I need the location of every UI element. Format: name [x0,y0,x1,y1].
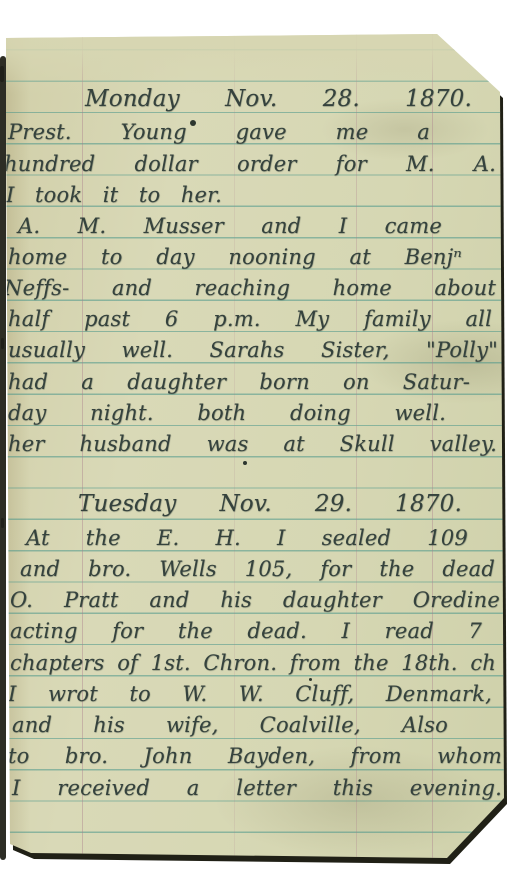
entry-date: Monday Nov. 28. 1870. [85,86,472,113]
journal-line: day night. both doing well. [8,400,446,427]
journal-line: usually well. Sarahs Sister, "Polly" [8,337,498,364]
journal-line: and bro. Wells 105, for the dead [20,556,495,583]
entry-date: Tuesday Nov. 29. 1870. [78,491,462,518]
journal-line: A. M. Musser and I came [18,213,442,240]
binding-nick [0,66,4,82]
journal-line: chapters of 1st. Chron. from the 18th. c… [10,650,496,677]
binding-nick [1,338,4,349]
journal-line: I received a letter this evening. [12,775,502,802]
journal-line: to bro. John Bayden, from whom [8,743,502,770]
journal-line: hundred dollar order for M. A. [4,151,496,178]
journal-line: and his wife, Coalville, Also [12,712,448,739]
journal-line: half past 6 p.m. My family all [8,306,492,333]
ink-blot [309,678,312,681]
journal-page: Monday Nov. 28. 1870. Prest. Young gave … [4,30,505,860]
scanned-journal-photo: Monday Nov. 28. 1870. Prest. Young gave … [0,0,524,893]
ink-blot [243,461,247,465]
journal-line: acting for the dead. I read 7 [10,618,482,645]
binding-nick [1,518,4,528]
journal-line: I took it to her. [6,182,222,209]
journal-line: I wrot to W. W. Cluff, Denmark, [8,681,492,708]
page-top-fade [4,30,505,94]
journal-line: O. Pratt and his daughter Oredine [10,587,500,614]
ink-blot [190,120,196,126]
journal-line: At the E. H. I sealed 109 [26,525,468,552]
binding-edge [0,56,6,860]
journal-line: Neffs- and reaching home about [4,275,496,302]
journal-line: her husband was at Skull valley. [8,431,497,458]
journal-line: Prest. Young gave me a [8,119,430,146]
journal-line: had a daughter born on Satur- [8,369,470,396]
journal-line: home to day nooning at Benjⁿ [8,244,462,271]
